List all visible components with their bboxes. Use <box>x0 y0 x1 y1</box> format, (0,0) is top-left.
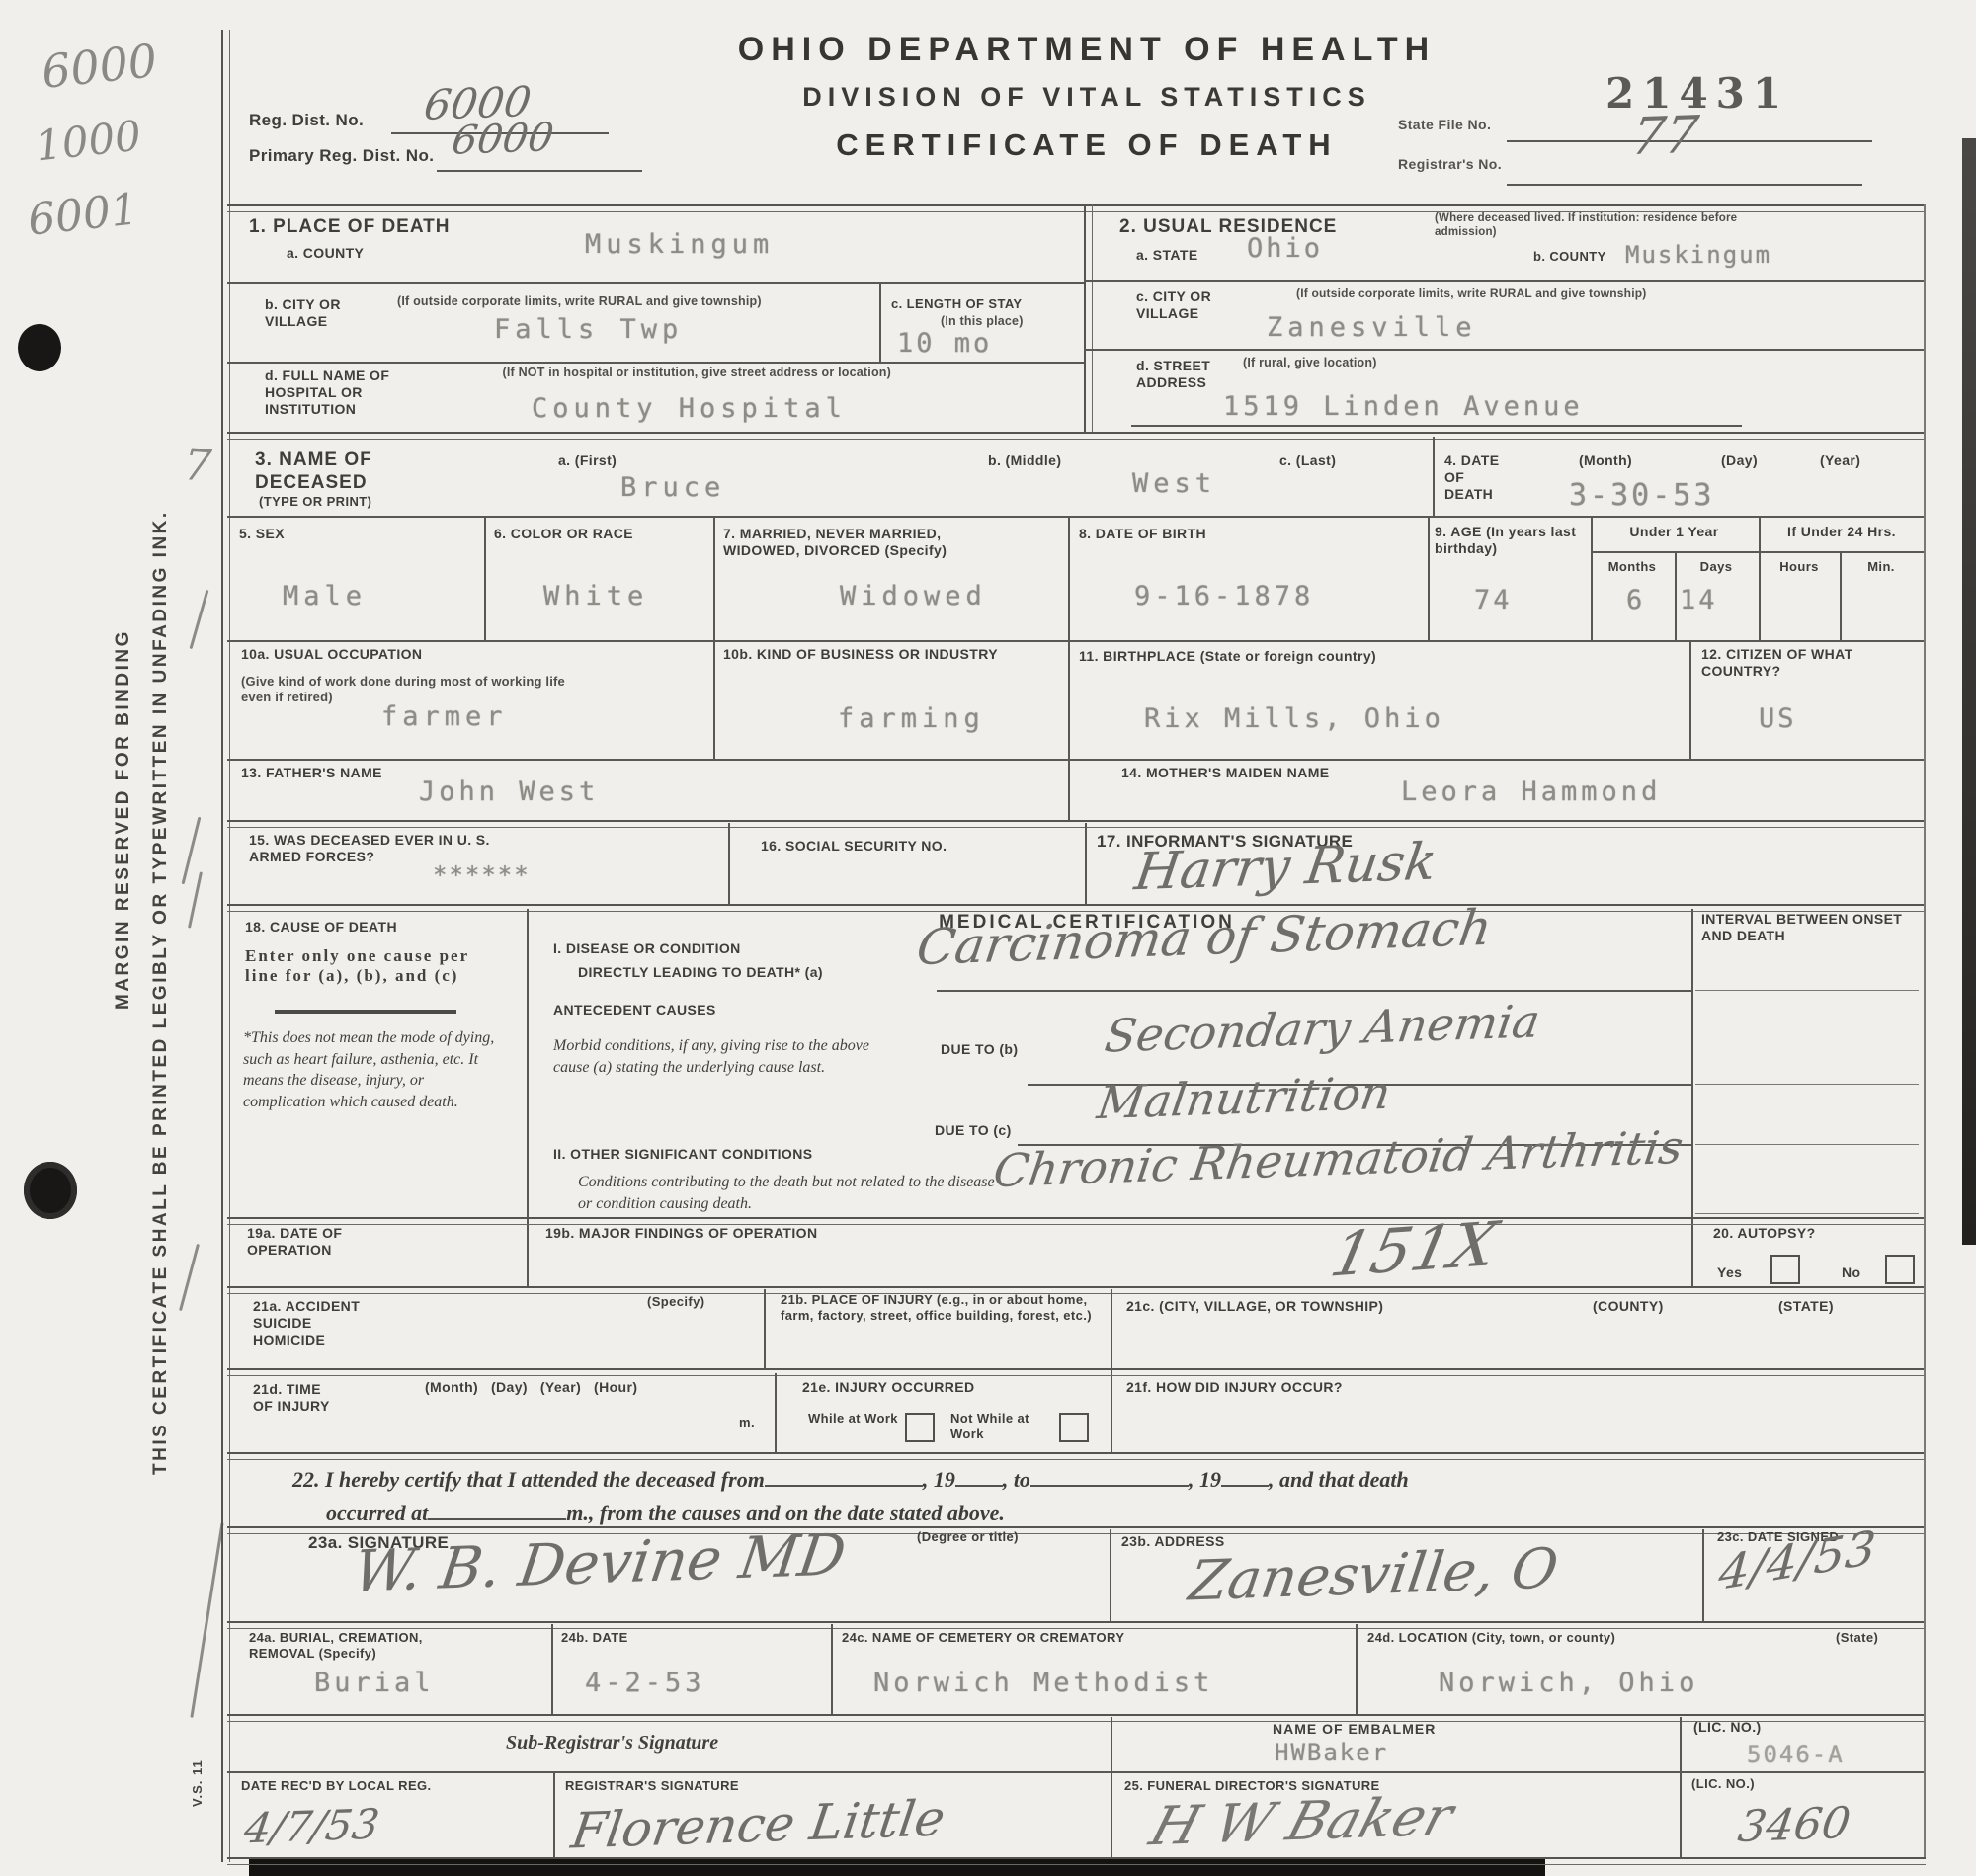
form-code: V.S. 11 <box>190 1741 205 1826</box>
margin-stamp-number: 6000 <box>39 34 159 99</box>
city-label: b. CITY OR VILLAGE <box>265 296 356 330</box>
place-of-injury-label: 21b. PLACE OF INJURY (e.g., in or about … <box>781 1292 1107 1324</box>
burial-value: Burial <box>314 1668 435 1698</box>
county-value: Muskingum <box>585 229 774 260</box>
residence-city-value: Zanesville <box>1267 312 1477 343</box>
embalmer-value: HWBaker <box>1275 1739 1388 1766</box>
registrar-no-label: Registrar's No. <box>1398 156 1502 173</box>
burial-label: 24a. BURIAL, CREMATION, REMOVAL (Specify… <box>249 1630 427 1662</box>
race-label: 6. COLOR OR RACE <box>494 526 633 542</box>
funeral-lic-label: (LIC. NO.) <box>1691 1776 1755 1792</box>
sub-registrar-label: Sub-Registrar's Signature <box>506 1731 718 1754</box>
sex-label: 5. SEX <box>239 526 285 542</box>
while-at-work-label: While at Work <box>808 1411 899 1427</box>
residence-city-note: (If outside corporate limits, write RURA… <box>1296 286 1721 301</box>
city-note: (If outside corporate limits, write RURA… <box>397 294 763 310</box>
injury-county-label: (COUNTY) <box>1593 1298 1664 1315</box>
registrar-signature-value: Florence Little <box>568 1789 948 1859</box>
burial-date-label: 24b. DATE <box>561 1630 628 1646</box>
not-while-at-work-label: Not While at Work <box>950 1411 1049 1442</box>
under-24-hrs-label: If Under 24 Hrs. <box>1763 524 1921 540</box>
occupation-label: 10a. USUAL OCCUPATION <box>241 646 422 663</box>
burial-date-value: 4-2-53 <box>585 1668 705 1698</box>
antecedent-note: Morbid conditions, if any, giving rise t… <box>553 1035 879 1080</box>
institution-label: d. FULL NAME OF HOSPITAL OR INSTITUTION <box>265 367 435 418</box>
citizenship-value: US <box>1759 703 1797 734</box>
accident-label: 21a. ACCIDENT SUICIDE HOMICIDE <box>253 1298 381 1348</box>
mother-label: 14. MOTHER'S MAIDEN NAME <box>1121 765 1330 781</box>
other-conditions-label: II. OTHER SIGNIFICANT CONDITIONS <box>553 1146 812 1163</box>
injury-location-label: 21c. (CITY, VILLAGE, OR TOWNSHIP) <box>1126 1298 1383 1315</box>
margin-binding-text: MARGIN RESERVED FOR BINDING <box>113 533 134 1106</box>
city-value: Falls Twp <box>494 314 683 345</box>
reg-dist-label: Reg. Dist. No. <box>249 111 364 131</box>
pencil-mark-seven: 7 <box>182 440 212 492</box>
race-value: White <box>543 581 648 612</box>
institution-note: (If NOT in hospital or institution, give… <box>466 366 891 381</box>
header-division: DIVISION OF VITAL STATISTICS <box>593 81 1581 114</box>
certify-statement-line1: 22. I hereby certify that I attended the… <box>292 1464 1409 1493</box>
certify-text: , to <box>1003 1467 1030 1492</box>
father-label: 13. FATHER'S NAME <box>241 765 382 781</box>
age-label: 9. AGE (In years last birthday) <box>1435 524 1583 557</box>
primary-reg-dist-label: Primary Reg. Dist. No. <box>249 146 434 167</box>
time-of-injury-columns: (Month) (Day) (Year) (Hour) <box>425 1379 637 1396</box>
under-1-year-label: Under 1 Year <box>1593 524 1756 540</box>
occupation-value: farmer <box>381 701 508 732</box>
not-while-at-work-checkbox <box>1059 1413 1089 1442</box>
deceased-subtitle: (TYPE OR PRINT) <box>259 494 371 510</box>
embalmer-lic-label: (LIC. NO.) <box>1693 1719 1762 1736</box>
accident-specify-label: (Specify) <box>647 1294 705 1310</box>
pencil-mark <box>190 1522 223 1718</box>
autopsy-yes-label: Yes <box>1717 1264 1742 1281</box>
months-value: 6 <box>1626 585 1645 615</box>
injury-occurred-label: 21e. INJURY OCCURRED <box>802 1379 975 1396</box>
punch-hole <box>24 1162 77 1219</box>
pencil-mark <box>190 590 209 649</box>
birthplace-label: 11. BIRTHPLACE (State or foreign country… <box>1079 648 1376 665</box>
certify-text: , and that death <box>1269 1467 1409 1492</box>
state-file-label: State File No. <box>1398 117 1491 133</box>
registrar-signature-label: REGISTRAR'S SIGNATURE <box>565 1778 739 1794</box>
primary-reg-dist-value: 6000 <box>449 115 556 164</box>
while-at-work-checkbox <box>905 1413 935 1442</box>
first-name-label: a. (First) <box>558 452 617 469</box>
autopsy-label: 20. AUTOPSY? <box>1713 1225 1816 1242</box>
first-name-value: Bruce <box>620 472 725 503</box>
cause-footnote: *This does not mean the mode of dying, s… <box>243 1027 502 1112</box>
cemetery-value: Norwich Methodist <box>873 1668 1213 1698</box>
autopsy-no-label: No <box>1842 1264 1860 1281</box>
margin-stamp-number: 1000 <box>34 112 143 171</box>
date-of-death-value: 3-30-53 <box>1569 478 1714 513</box>
embalmer-label: NAME OF EMBALMER <box>1273 1721 1436 1738</box>
cause-instruction: Enter only one cause per line for (a), (… <box>245 946 502 987</box>
hours-label: Hours <box>1761 559 1838 575</box>
last-name-label: c. (Last) <box>1279 452 1336 469</box>
signature-degree-label: (Degree or title) <box>917 1529 1019 1545</box>
date-of-death-title: 4. DATE OF DEATH <box>1444 452 1516 503</box>
date-of-birth-value: 9-16-1878 <box>1134 581 1314 612</box>
due-c-value-handwriting: Malnutrition <box>1094 1066 1393 1129</box>
length-of-stay-label: c. LENGTH OF STAY <box>891 296 1059 312</box>
due-c-label: DUE TO (c) <box>935 1122 1012 1139</box>
pencil-mark <box>179 1244 200 1311</box>
autopsy-no-checkbox <box>1885 1255 1915 1284</box>
date-of-death-month-label: (Month) <box>1579 452 1632 469</box>
disease-label-1: I. DISEASE OR CONDITION <box>553 940 741 957</box>
length-of-stay-value: 10 mo <box>897 328 992 359</box>
time-of-injury-label: 21d. TIME OF INJURY <box>253 1381 342 1415</box>
margin-stamp-number: 6001 <box>26 184 141 245</box>
residence-state-label: a. STATE <box>1136 247 1198 264</box>
street-label: d. STREET ADDRESS <box>1136 358 1235 391</box>
months-label: Months <box>1593 559 1672 575</box>
autopsy-yes-checkbox <box>1770 1255 1800 1284</box>
burial-location-value: Norwich, Ohio <box>1439 1668 1698 1698</box>
age-value: 74 <box>1474 585 1513 615</box>
residence-state-value: Ohio <box>1247 233 1323 264</box>
date-of-death-year-label: (Year) <box>1820 452 1860 469</box>
days-label: Days <box>1677 559 1756 575</box>
industry-value: farming <box>838 703 985 734</box>
usual-residence-note: (Where deceased lived. If institution: r… <box>1435 211 1761 240</box>
burial-location-label: 24d. LOCATION (City, town, or county) <box>1367 1630 1743 1646</box>
disease-label-2: DIRECTLY LEADING TO DEATH* (a) <box>578 964 823 981</box>
father-value: John West <box>419 776 599 807</box>
other-conditions-value-handwriting: Chronic Rheumatoid Arthritis <box>990 1120 1687 1197</box>
antecedent-label: ANTECEDENT CAUSES <box>553 1002 716 1019</box>
last-name-value: West <box>1132 468 1216 499</box>
armed-forces-value: ****** <box>433 861 531 889</box>
due-b-label: DUE TO (b) <box>941 1041 1018 1058</box>
marital-value: Widowed <box>840 581 987 612</box>
embalmer-lic-value: 5046-A <box>1747 1741 1845 1768</box>
operation-findings-value-handwriting: 151X <box>1325 1207 1504 1290</box>
certify-text: occurred at <box>326 1501 428 1525</box>
ssn-label: 16. SOCIAL SECURITY NO. <box>761 838 947 855</box>
certify-text: m., from the causes and on the date stat… <box>566 1501 1005 1525</box>
street-note: (If rural, give location) <box>1243 356 1377 371</box>
county-label: a. COUNTY <box>287 245 364 262</box>
residence-city-label: c. CITY OR VILLAGE <box>1136 288 1227 322</box>
signature-address-value: Zanesville, O <box>1185 1537 1562 1614</box>
certify-text: , 19 <box>1189 1467 1221 1492</box>
punch-hole <box>18 324 61 371</box>
min-label: Min. <box>1842 559 1921 575</box>
informant-signature: Harry Rusk <box>1131 833 1441 903</box>
date-of-birth-label: 8. DATE OF BIRTH <box>1079 526 1206 542</box>
certify-text: , 19 <box>923 1467 955 1492</box>
death-certificate-page: 6000 1000 6001 MARGIN RESERVED FOR BINDI… <box>0 0 1976 1876</box>
burial-state-label: (State) <box>1836 1630 1878 1646</box>
pencil-mark <box>188 871 203 928</box>
sex-value: Male <box>283 581 367 612</box>
street-value: 1519 Linden Avenue <box>1223 391 1584 422</box>
how-injury-occurred-label: 21f. HOW DID INJURY OCCUR? <box>1126 1379 1343 1396</box>
certify-text: 22. I hereby certify that I attended the… <box>292 1467 765 1492</box>
date-received-label: DATE REC'D BY LOCAL REG. <box>241 1778 449 1794</box>
industry-label: 10b. KIND OF BUSINESS OR INDUSTRY <box>723 646 1029 663</box>
scan-edge-strip <box>1962 138 1976 1245</box>
other-conditions-note: Conditions contributing to the death but… <box>578 1172 1003 1214</box>
residence-county-value: Muskingum <box>1625 241 1771 269</box>
header-department: OHIO DEPARTMENT OF HEALTH <box>593 30 1581 70</box>
birthplace-value: Rix Mills, Ohio <box>1144 703 1444 734</box>
due-b-value-handwriting: Secondary Anemia <box>1102 994 1543 1062</box>
operation-date-label: 19a. DATE OF OPERATION <box>247 1225 425 1259</box>
marital-label: 7. MARRIED, NEVER MARRIED, WIDOWED, DIVO… <box>723 526 1020 559</box>
margin-ink-text: THIS CERTIFICATE SHALL BE PRINTED LEGIBL… <box>150 286 172 1699</box>
funeral-director-signature: H W Baker <box>1143 1785 1460 1857</box>
mother-value: Leora Hammond <box>1401 776 1661 807</box>
registrar-no-value: 77 <box>1628 106 1702 167</box>
cemetery-label: 24c. NAME OF CEMETERY OR CREMATORY <box>842 1630 1124 1646</box>
cause-of-death-label: 18. CAUSE OF DEATH <box>245 919 397 936</box>
interval-label: INTERVAL BETWEEN ONSET AND DEATH <box>1701 911 1914 944</box>
date-received-value: 4/7/53 <box>241 1800 382 1853</box>
meridiem-label: m. <box>739 1415 755 1430</box>
residence-county-label: b. COUNTY <box>1533 249 1606 265</box>
middle-name-label: b. (Middle) <box>988 452 1061 469</box>
place-of-death-title: 1. PLACE OF DEATH <box>249 215 451 238</box>
signature-address-label: 23b. ADDRESS <box>1121 1533 1225 1550</box>
citizenship-label: 12. CITIZEN OF WHAT COUNTRY? <box>1701 646 1879 680</box>
funeral-lic-value: 3460 <box>1735 1798 1853 1852</box>
operation-findings-label: 19b. MAJOR FINDINGS OF OPERATION <box>545 1225 817 1242</box>
institution-value: County Hospital <box>532 393 847 424</box>
certify-statement-line2: occurred atm., from the causes and on th… <box>326 1498 1005 1526</box>
injury-state-label: (STATE) <box>1778 1298 1834 1315</box>
date-of-death-day-label: (Day) <box>1721 452 1758 469</box>
days-value: 14 <box>1680 585 1718 615</box>
deceased-title: 3. NAME OF DECEASED <box>255 449 453 494</box>
